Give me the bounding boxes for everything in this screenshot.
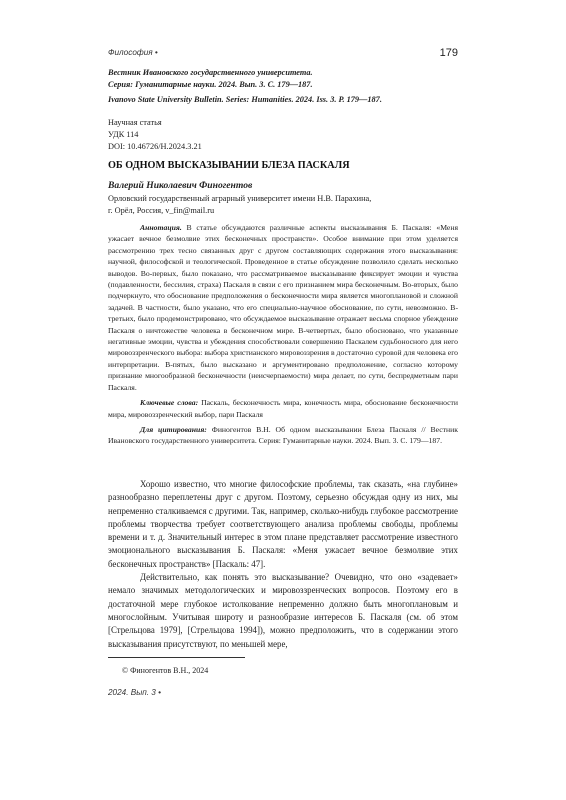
affiliation-line: Орловский государственный аграрный униве… [108, 193, 371, 205]
issue-footer: 2024. Вып. 3 • [108, 688, 161, 697]
body-paragraph: Хорошо известно, что многие философские … [108, 478, 458, 571]
doi: DOI: 10.46726/H.2024.3.21 [108, 141, 202, 153]
keywords-label: Ключевые слова: [140, 398, 198, 407]
keywords: Ключевые слова: Паскаль, бесконечность м… [108, 397, 458, 420]
body-paragraph: Действительно, как понять это высказыван… [108, 571, 458, 651]
article-meta: Научная статья УДК 114 DOI: 10.46726/H.2… [108, 117, 202, 153]
author-name: Валерий Николаевич Финогентов [108, 180, 252, 191]
location-email: г. Орёл, Россия, v_fin@mail.ru [108, 205, 371, 217]
citation-label: Для цитирования: [140, 425, 207, 434]
citation: Для цитирования: Финогентов В.Н. Об одно… [108, 424, 458, 447]
journal-ru-line-2: Серия: Гуманитарные науки. 2024. Вып. 3.… [108, 79, 468, 91]
journal-en-line: Ivanovo State University Bulletin. Serie… [108, 94, 468, 106]
udk-code: УДК 114 [108, 129, 202, 141]
journal-ru-line-1: Вестник Ивановского государственного уни… [108, 67, 468, 79]
abstract-label: Аннотация. [140, 223, 182, 232]
author-affiliation: Орловский государственный аграрный униве… [108, 193, 371, 217]
abstract: Аннотация. В статье обсуждаются различны… [108, 222, 458, 393]
abstract-section: Аннотация. В статье обсуждаются различны… [108, 222, 458, 451]
footnote-divider [108, 657, 245, 658]
article-title: ОБ ОДНОМ ВЫСКАЗЫВАНИИ БЛЕЗА ПАСКАЛЯ [108, 160, 350, 171]
journal-citation-block: Вестник Ивановского государственного уни… [108, 67, 468, 106]
article-body: Хорошо известно, что многие философские … [108, 478, 458, 651]
article-type: Научная статья [108, 117, 202, 129]
page-number: 179 [440, 47, 458, 59]
abstract-text: В статье обсуждаются различные аспекты в… [108, 223, 458, 392]
running-head: Философия • 179 [108, 47, 458, 61]
section-name: Философия • [108, 48, 158, 57]
copyright-note: © Финогентов В.Н., 2024 [122, 666, 208, 675]
